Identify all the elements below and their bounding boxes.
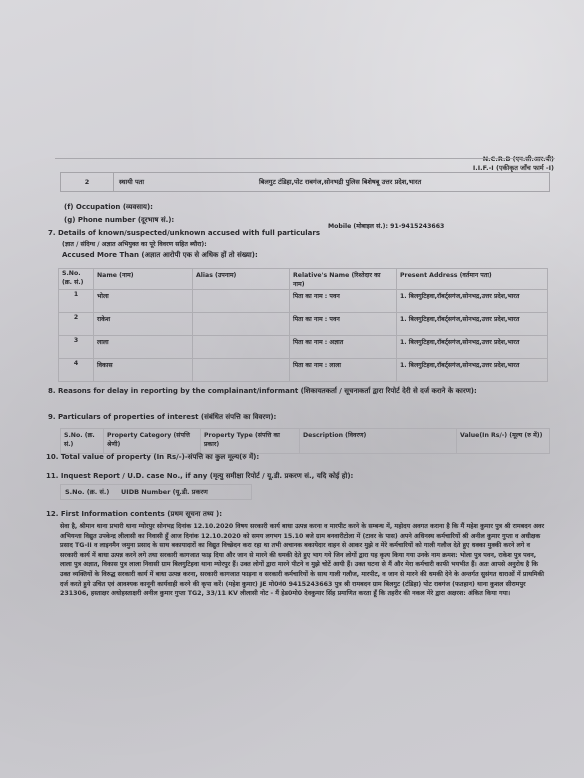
accused-sno: 2 (59, 313, 94, 336)
mobile-label: Mobile (मोबाइल सं.): (328, 223, 388, 230)
section10-label: 10. Total value of property (In Rs/-)-सं… (46, 453, 259, 462)
accused-address: 1. बिलगुटिहवा,रॉबर्ट्सगंज,सोनभद्र,उत्तर … (397, 359, 548, 382)
accused-relative: पिता का नाम : अज्ञात (290, 336, 397, 359)
accused-alias (193, 290, 290, 313)
table-row: 1 भोला पिता का नाम : पवन 1. बिलगुटिहवा,र… (59, 290, 548, 313)
accused-table: S.No.(क्र. सं.) Name (नाम) Alias (उपनाम)… (58, 268, 548, 382)
section8-label: 8. Reasons for delay in reporting by the… (48, 387, 538, 396)
prop-col-type: Property Type (संपत्ति का प्रकार) (201, 429, 300, 454)
uidb-col-sno: S.No. (क्र. सं.) (65, 485, 109, 499)
accused-address: 1. बिलगुटिहवा,रॉबर्ट्सगंज,सोनभद्र,उत्तर … (397, 313, 548, 336)
accused-table-header: S.No.(क्र. सं.) Name (नाम) Alias (उपनाम)… (59, 269, 548, 290)
mobile-field: Mobile (मोबाइल सं.): 91-9415243663 (328, 222, 444, 231)
table-row: 3 लाला पिता का नाम : अज्ञात 1. बिलगुटिहव… (59, 336, 548, 359)
section11-label: 11. Inquest Report / U.D. case No., if a… (46, 472, 353, 481)
accused-name: लाला (94, 336, 193, 359)
accused-address: 1. बिलगुटिहवा,रॉबर्ट्सगंज,सोनभद्र,उत्तर … (397, 336, 548, 359)
accused-relative: पिता का नाम : लाला (290, 359, 397, 382)
divider (55, 158, 555, 159)
prop-col-description: Description (विवरण) (300, 429, 457, 454)
accused-sno: 1 (59, 290, 94, 313)
table-row: 2 राकेश पिता का नाम : पवन 1. बिलगुटिहवा,… (59, 313, 548, 336)
mobile-value: 91-9415243663 (390, 223, 444, 230)
accused-alias (193, 313, 290, 336)
address-value: बिलगुट टंडिहा,पोट राबगंज,सोनभद्री पुलिस … (259, 173, 421, 191)
prop-col-category: Property Category (संपत्ति श्रेणी) (104, 429, 201, 454)
uidb-col-number: UIDB Number (यू.डी. प्रकरण (121, 485, 208, 499)
col-name: Name (नाम) (94, 269, 193, 290)
accused-sno: 3 (59, 336, 94, 359)
section9-label: 9. Particulars of properties of interest… (48, 413, 276, 422)
property-table-header: S.No. (क्र. सं.) Property Category (संपत… (61, 429, 550, 454)
accused-name: राकेश (94, 313, 193, 336)
address-type: स्थायी पता (119, 173, 144, 191)
occupation-label: (f) Occupation (व्यवसाय): (64, 203, 153, 212)
uidb-table-header: S.No. (क्र. सं.) UIDB Number (यू.डी. प्र… (60, 484, 252, 500)
section7-title: 7. Details of known/suspected/unknown ac… (48, 229, 320, 238)
phone-label: (g) Phone number (दूरभाष सं.): (64, 216, 174, 225)
accused-alias (193, 336, 290, 359)
form-ref-line1: N.C.R.B (एन.सी.आर.बी) (473, 155, 554, 164)
col-sno: S.No.(क्र. सं.) (59, 269, 94, 290)
table-row: 4 विकास पिता का नाम : लाला 1. बिलगुटिहवा… (59, 359, 548, 382)
section12-label: 12. First Information contents (प्रथम सू… (46, 510, 222, 519)
col-relative: Relative's Name (रिश्तेदार का नाम) (290, 269, 397, 290)
property-table: S.No. (क्र. सं.) Property Category (संपत… (60, 428, 550, 454)
prop-col-sno: S.No. (क्र. सं.) (61, 429, 104, 454)
accused-relative: पिता का नाम : पवन (290, 290, 397, 313)
accused-more-than: Accused More Than (अज्ञात आरोपी एक से अध… (62, 251, 258, 260)
accused-sno: 4 (59, 359, 94, 382)
accused-name: विकास (94, 359, 193, 382)
address-row: 2 स्थायी पता बिलगुट टंडिहा,पोट राबगंज,सो… (60, 172, 550, 192)
address-sno: 2 (61, 173, 114, 191)
accused-alias (193, 359, 290, 382)
accused-address: 1. बिलगुटिहवा,रॉबर्ट्सगंज,सोनभद्र,उत्तर … (397, 290, 548, 313)
col-alias: Alias (उपनाम) (193, 269, 290, 290)
section7-title-hindi: (ज्ञात / संदिग्ध / अज्ञात अभियुक्त का पू… (62, 240, 207, 249)
fir-contents: सेवा है, श्रीमान थाना प्रभारी थाना म्योर… (60, 522, 545, 599)
accused-name: भोला (94, 290, 193, 313)
prop-col-value: Value(In Rs/-) (मूल्य (रु में)) (457, 429, 550, 454)
accused-relative: पिता का नाम : पवन (290, 313, 397, 336)
col-address: Present Address (वर्तमान पता) (397, 269, 548, 290)
